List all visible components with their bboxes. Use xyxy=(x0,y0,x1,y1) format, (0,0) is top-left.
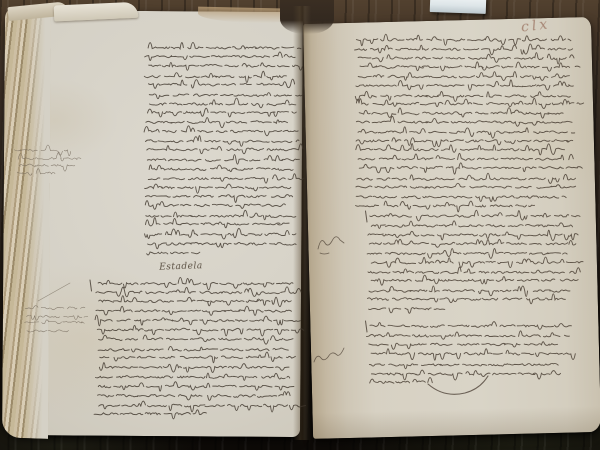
right-page xyxy=(303,17,600,439)
paper-tab xyxy=(430,0,487,14)
section-heading: Estadela xyxy=(155,261,207,273)
page-corner-fold-front xyxy=(54,2,139,22)
book-gutter xyxy=(293,6,311,440)
manuscript-photo: clx Estadela xyxy=(0,0,600,450)
page-stack-edges xyxy=(2,6,51,439)
left-page xyxy=(3,10,303,437)
